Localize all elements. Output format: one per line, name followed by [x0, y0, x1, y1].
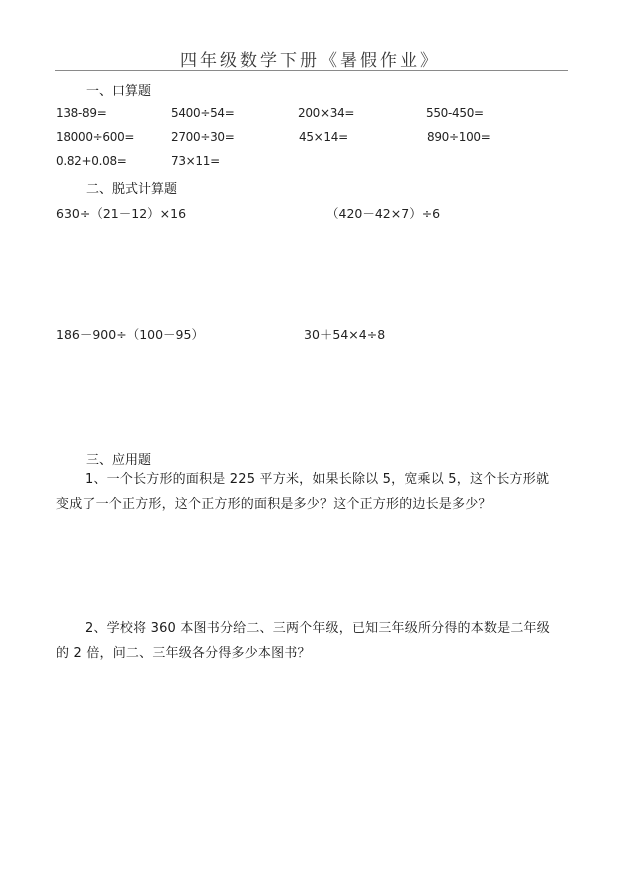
word-problem-2: 2、学校将 360 本图书分给二、三两个年级，已知三年级所分得的本数是二年级的 … — [56, 616, 556, 666]
mental-math-item: 18000÷600= — [56, 130, 134, 144]
document-title: 四年级数学下册《暑假作业》 — [0, 46, 620, 71]
mental-math-item: 138-89= — [56, 106, 106, 120]
mental-math-item: 5400÷54= — [171, 106, 235, 120]
mental-math-item: 45×14= — [299, 130, 348, 144]
mental-math-item: 890÷100= — [427, 130, 491, 144]
mental-math-item: 2700÷30= — [171, 130, 235, 144]
title-divider — [55, 70, 568, 71]
word-problem-1: 1、一个长方形的面积是 225 平方米，如果长除以 5，宽乘以 5，这个长方形就… — [56, 467, 556, 517]
step-calc-expression: （420－42×7）÷6 — [326, 204, 440, 222]
mental-math-item: 73×11= — [171, 154, 220, 168]
section-heading-word-problems: 三、应用题 — [86, 449, 151, 468]
step-calc-expression: 630÷（21－12）×16 — [56, 204, 186, 222]
section-heading-step-calculation: 二、脱式计算题 — [86, 178, 177, 197]
mental-math-item: 0.82+0.08= — [56, 154, 127, 168]
worksheet-page: 四年级数学下册《暑假作业》 一、口算题 138-89= 5400÷54= 200… — [0, 0, 620, 877]
step-calc-expression: 30＋54×4÷8 — [304, 325, 385, 343]
mental-math-item: 550-450= — [426, 106, 484, 120]
step-calc-expression: 186－900÷（100－95） — [56, 325, 204, 343]
mental-math-item: 200×34= — [298, 106, 354, 120]
section-heading-mental-math: 一、口算题 — [86, 80, 151, 99]
